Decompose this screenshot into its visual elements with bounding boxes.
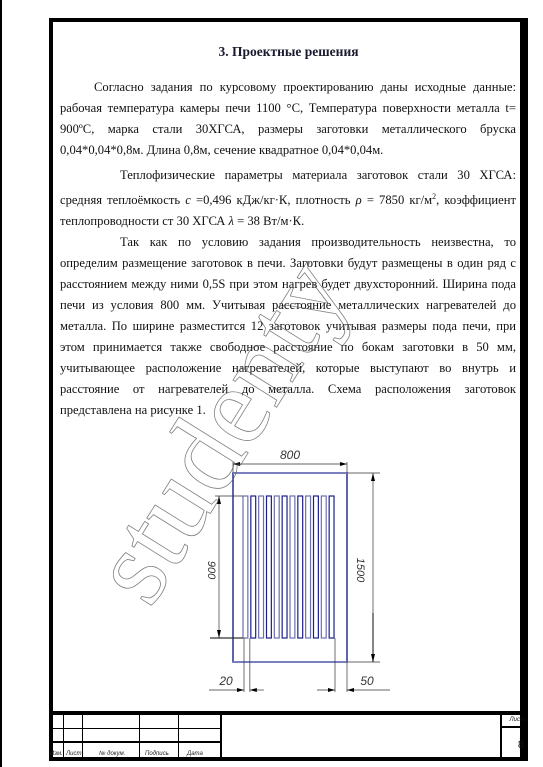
sheet-label: Лист	[510, 717, 525, 723]
text-run: = 7850 кг/м	[362, 193, 432, 207]
drawing-frame-right-edge	[520, 18, 524, 757]
paragraph-initial-data: Согласно задания по курсовому проектиров…	[60, 77, 516, 161]
dim-label-length: 1500	[354, 558, 366, 583]
paragraph-text: Согласно задания по курсовому проектиров…	[60, 77, 516, 161]
text-run: = 38 Вт/м·К.	[234, 214, 304, 228]
title-block-label-change: Изм.	[50, 751, 63, 757]
dim-label-billet-length: 900	[205, 561, 217, 580]
paragraph-placement: Так как по условию задания производитель…	[60, 232, 516, 421]
sheet-number: 8	[518, 739, 524, 751]
paragraph-thermal-properties: Теплофизические параметры материала заго…	[60, 165, 516, 232]
title-block-label-sheet: Лист	[66, 751, 81, 757]
dim-label-gap: 20	[218, 674, 233, 688]
dim-label-side: 50	[360, 674, 374, 688]
text-run: =0,496 кДж/кг·К, плотность	[191, 193, 356, 207]
billet-layout-diagram: 800 900 1500 20 50	[195, 440, 395, 700]
sheet-number-box: Лист 8	[500, 715, 528, 757]
title-block-label-date: Дата	[187, 751, 203, 757]
paragraph-text: Так как по условию задания производитель…	[60, 232, 516, 421]
title-block: Изм. Лист № докум. Подпись Дата Лист 8	[49, 711, 528, 761]
dim-label-width: 800	[280, 448, 300, 462]
title-block-label-doc-number: № докум.	[99, 751, 125, 757]
section-title: 3. Проектные решения	[53, 44, 524, 60]
binding-edge-line	[0, 0, 2, 767]
title-block-label-signature: Подпись	[145, 751, 169, 757]
